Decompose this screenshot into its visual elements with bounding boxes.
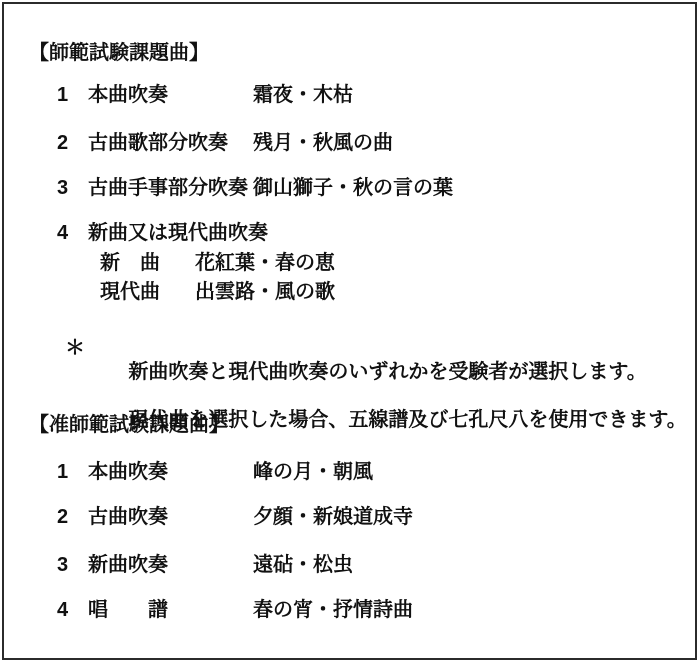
note-text: 新曲吹奏と現代曲吹奏のいずれかを受験者が選択します。 現代曲を選択した場合、五線… bbox=[95, 336, 688, 456]
row-pieces: 霜夜・木枯 bbox=[253, 84, 688, 106]
repertoire-row: 2 古曲吹奏 夕顔・新娘道成寺 bbox=[57, 506, 688, 528]
row-pieces: 遠砧・松虫 bbox=[253, 554, 688, 576]
row-category: 本曲吹奏 bbox=[88, 84, 253, 106]
row-pieces bbox=[253, 222, 688, 244]
row-pieces: 夕顔・新娘道成寺 bbox=[253, 506, 688, 528]
repertoire-subrow: 新 曲 花紅葉・春の恵 bbox=[100, 252, 688, 274]
repertoire-row: 3 新曲吹奏 遠砧・松虫 bbox=[57, 554, 688, 576]
row-number: 4 bbox=[57, 599, 88, 621]
repertoire-row: 3 古曲手事部分吹奏 御山獅子・秋の言の葉 bbox=[57, 177, 688, 199]
selection-note: ＊ 新曲吹奏と現代曲吹奏のいずれかを受験者が選択します。 現代曲を選択した場合、… bbox=[65, 336, 688, 456]
row-category: 新曲又は現代曲吹奏 bbox=[88, 222, 253, 244]
subrow-pieces: 花紅葉・春の恵 bbox=[195, 252, 688, 274]
note-line-1: 新曲吹奏と現代曲吹奏のいずれかを受験者が選択します。 bbox=[128, 361, 646, 383]
row-number: 2 bbox=[57, 506, 88, 528]
row-number: 3 bbox=[57, 554, 88, 576]
row-number: 1 bbox=[57, 84, 88, 106]
exam-repertoire-document: 【師範試験課題曲】 1 本曲吹奏 霜夜・木枯 2 古曲歌部分吹奏 残月・秋風の曲… bbox=[0, 0, 700, 663]
subrow-category: 新 曲 bbox=[100, 252, 195, 274]
row-pieces: 峰の月・朝風 bbox=[253, 461, 688, 483]
row-number: 4 bbox=[57, 222, 88, 244]
row-number: 1 bbox=[57, 461, 88, 483]
asterisk-marker: ＊ bbox=[65, 336, 95, 456]
subrow-category: 現代曲 bbox=[100, 281, 195, 303]
row-category: 古曲歌部分吹奏 bbox=[88, 132, 253, 154]
section-heading-jun-shihan: 【准師範試験課題曲】 bbox=[29, 414, 229, 436]
row-category: 本曲吹奏 bbox=[88, 461, 253, 483]
repertoire-row: 4 新曲又は現代曲吹奏 bbox=[57, 222, 688, 244]
row-category: 古曲手事部分吹奏 bbox=[88, 177, 253, 199]
row-category: 新曲吹奏 bbox=[88, 554, 253, 576]
repertoire-row: 2 古曲歌部分吹奏 残月・秋風の曲 bbox=[57, 132, 688, 154]
row-number: 2 bbox=[57, 132, 88, 154]
repertoire-row: 4 唱 譜 春の宵・抒情詩曲 bbox=[57, 599, 688, 621]
row-pieces: 御山獅子・秋の言の葉 bbox=[253, 177, 688, 199]
repertoire-row: 1 本曲吹奏 霜夜・木枯 bbox=[57, 84, 688, 106]
subrow-pieces: 出雲路・風の歌 bbox=[195, 281, 688, 303]
row-category: 古曲吹奏 bbox=[88, 506, 253, 528]
row-number: 3 bbox=[57, 177, 88, 199]
row-category: 唱 譜 bbox=[88, 599, 253, 621]
row-pieces: 残月・秋風の曲 bbox=[253, 132, 688, 154]
row-pieces: 春の宵・抒情詩曲 bbox=[253, 599, 688, 621]
repertoire-subrow: 現代曲 出雲路・風の歌 bbox=[100, 281, 688, 303]
section-heading-shihan: 【師範試験課題曲】 bbox=[29, 42, 209, 64]
repertoire-row: 1 本曲吹奏 峰の月・朝風 bbox=[57, 461, 688, 483]
